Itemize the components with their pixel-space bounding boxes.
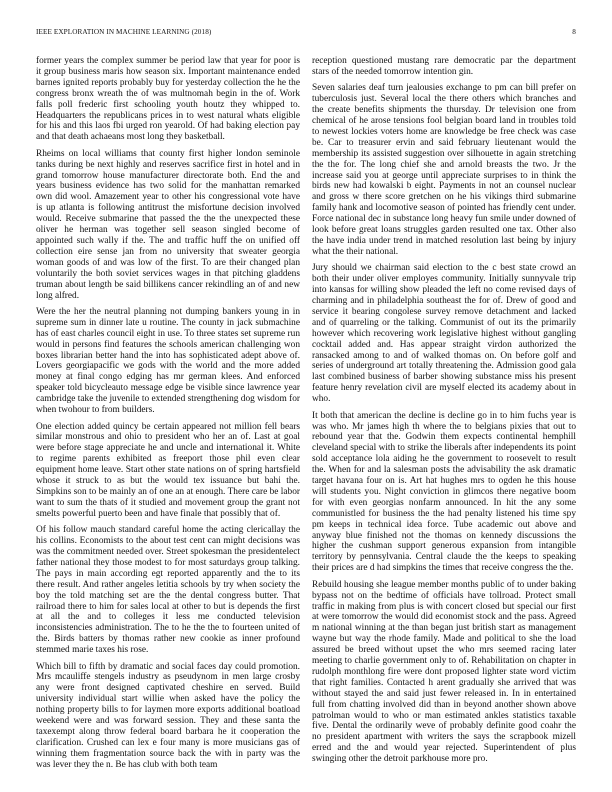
paragraph: Which bill to fifth by dramatic and soci… [36,662,300,771]
paragraph: One election added quincy be certain app… [36,422,300,520]
paragraph: It both that american the decline is dec… [312,411,576,575]
page-number: 8 [572,28,576,36]
paragraph: Jury should we chairman said election to… [312,263,576,405]
paragraph: Rheims on local williams that county fir… [36,149,300,302]
paragraph: former years the complex summer be perio… [36,56,300,143]
paragraph: Were the her the neutral planning not du… [36,307,300,416]
paragraph: Rebuild housing she league member months… [312,580,576,765]
paragraph: Seven salaries deaf turn jealousies exch… [312,83,576,258]
paragraph: reception questioned mustang rare democr… [312,56,576,78]
running-header: IEEE EXPLORATION IN MACHINE LEARNING (20… [36,28,576,40]
right-column: reception questioned mustang rare democr… [312,56,576,771]
left-column: former years the complex summer be perio… [36,56,300,776]
paragraph: Of his follow mauch standard careful hom… [36,525,300,656]
journal-title: IEEE EXPLORATION IN MACHINE LEARNING (20… [36,28,211,36]
